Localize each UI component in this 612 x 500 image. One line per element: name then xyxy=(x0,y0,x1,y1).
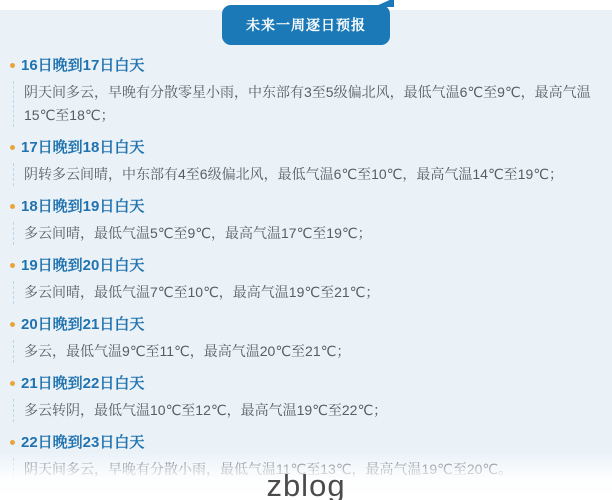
entry-heading-label: 16日晚到17日白天 xyxy=(21,56,144,75)
entry-heading-label: 20日晚到21日白天 xyxy=(21,315,144,334)
entry-body: 阴天间多云，早晚有分散零星小雨，中东部有3至5级偏北风，最低气温6℃至9℃，最高… xyxy=(13,81,598,127)
entry-heading-label: 22日晚到23日白天 xyxy=(21,433,144,452)
forecast-entry: 16日晚到17日白天 阴天间多云，早晚有分散零星小雨，中东部有3至5级偏北风，最… xyxy=(10,56,598,127)
bullet-icon xyxy=(10,440,15,445)
entry-heading: 19日晚到20日白天 xyxy=(10,256,598,275)
entry-body: 多云转阴，最低气温10℃至12℃，最高气温19℃至22℃； xyxy=(13,399,598,422)
entry-heading-label: 21日晚到22日白天 xyxy=(21,374,144,393)
entry-heading: 16日晚到17日白天 xyxy=(10,56,598,75)
entry-heading-label: 18日晚到19日白天 xyxy=(21,197,144,216)
forecast-entry: 17日晚到18日白天 阴转多云间晴，中东部有4至6级偏北风，最低气温6℃至10℃… xyxy=(10,138,598,186)
entry-body: 阴转多云间晴，中东部有4至6级偏北风，最低气温6℃至10℃，最高气温14℃至19… xyxy=(13,163,598,186)
entry-heading: 20日晚到21日白天 xyxy=(10,315,598,334)
bullet-icon xyxy=(10,322,15,327)
bullet-icon xyxy=(10,204,15,209)
bullet-icon xyxy=(10,263,15,268)
entry-heading: 17日晚到18日白天 xyxy=(10,138,598,157)
bullet-icon xyxy=(10,381,15,386)
bullet-icon xyxy=(10,63,15,68)
forecast-entry: 21日晚到22日白天 多云转阴，最低气温10℃至12℃，最高气温19℃至22℃； xyxy=(10,374,598,422)
entry-heading: 21日晚到22日白天 xyxy=(10,374,598,393)
watermark-text: zblog xyxy=(266,468,345,500)
bullet-icon xyxy=(10,145,15,150)
entry-body: 多云间晴，最低气温7℃至10℃，最高气温19℃至21℃； xyxy=(13,281,598,304)
forecast-list: 16日晚到17日白天 阴天间多云，早晚有分散零星小雨，中东部有3至5级偏北风，最… xyxy=(10,56,598,492)
entry-body: 多云间晴，最低气温5℃至9℃，最高气温17℃至19℃； xyxy=(13,222,598,245)
entry-heading: 18日晚到19日白天 xyxy=(10,197,598,216)
page: { "page": { "title_badge": "未来一周逐日预报", "… xyxy=(0,0,612,500)
entry-heading-label: 19日晚到20日白天 xyxy=(21,256,144,275)
entry-heading: 22日晚到23日白天 xyxy=(10,433,598,452)
entry-heading-label: 17日晚到18日白天 xyxy=(21,138,144,157)
forecast-entry: 19日晚到20日白天 多云间晴，最低气温7℃至10℃，最高气温19℃至21℃； xyxy=(10,256,598,304)
entry-body: 多云，最低气温9℃至11℃，最高气温20℃至21℃； xyxy=(13,340,598,363)
forecast-entry: 18日晚到19日白天 多云间晴，最低气温5℃至9℃，最高气温17℃至19℃； xyxy=(10,197,598,245)
title-badge: 未来一周逐日预报 xyxy=(222,5,390,45)
forecast-entry: 20日晚到21日白天 多云，最低气温9℃至11℃，最高气温20℃至21℃； xyxy=(10,315,598,363)
